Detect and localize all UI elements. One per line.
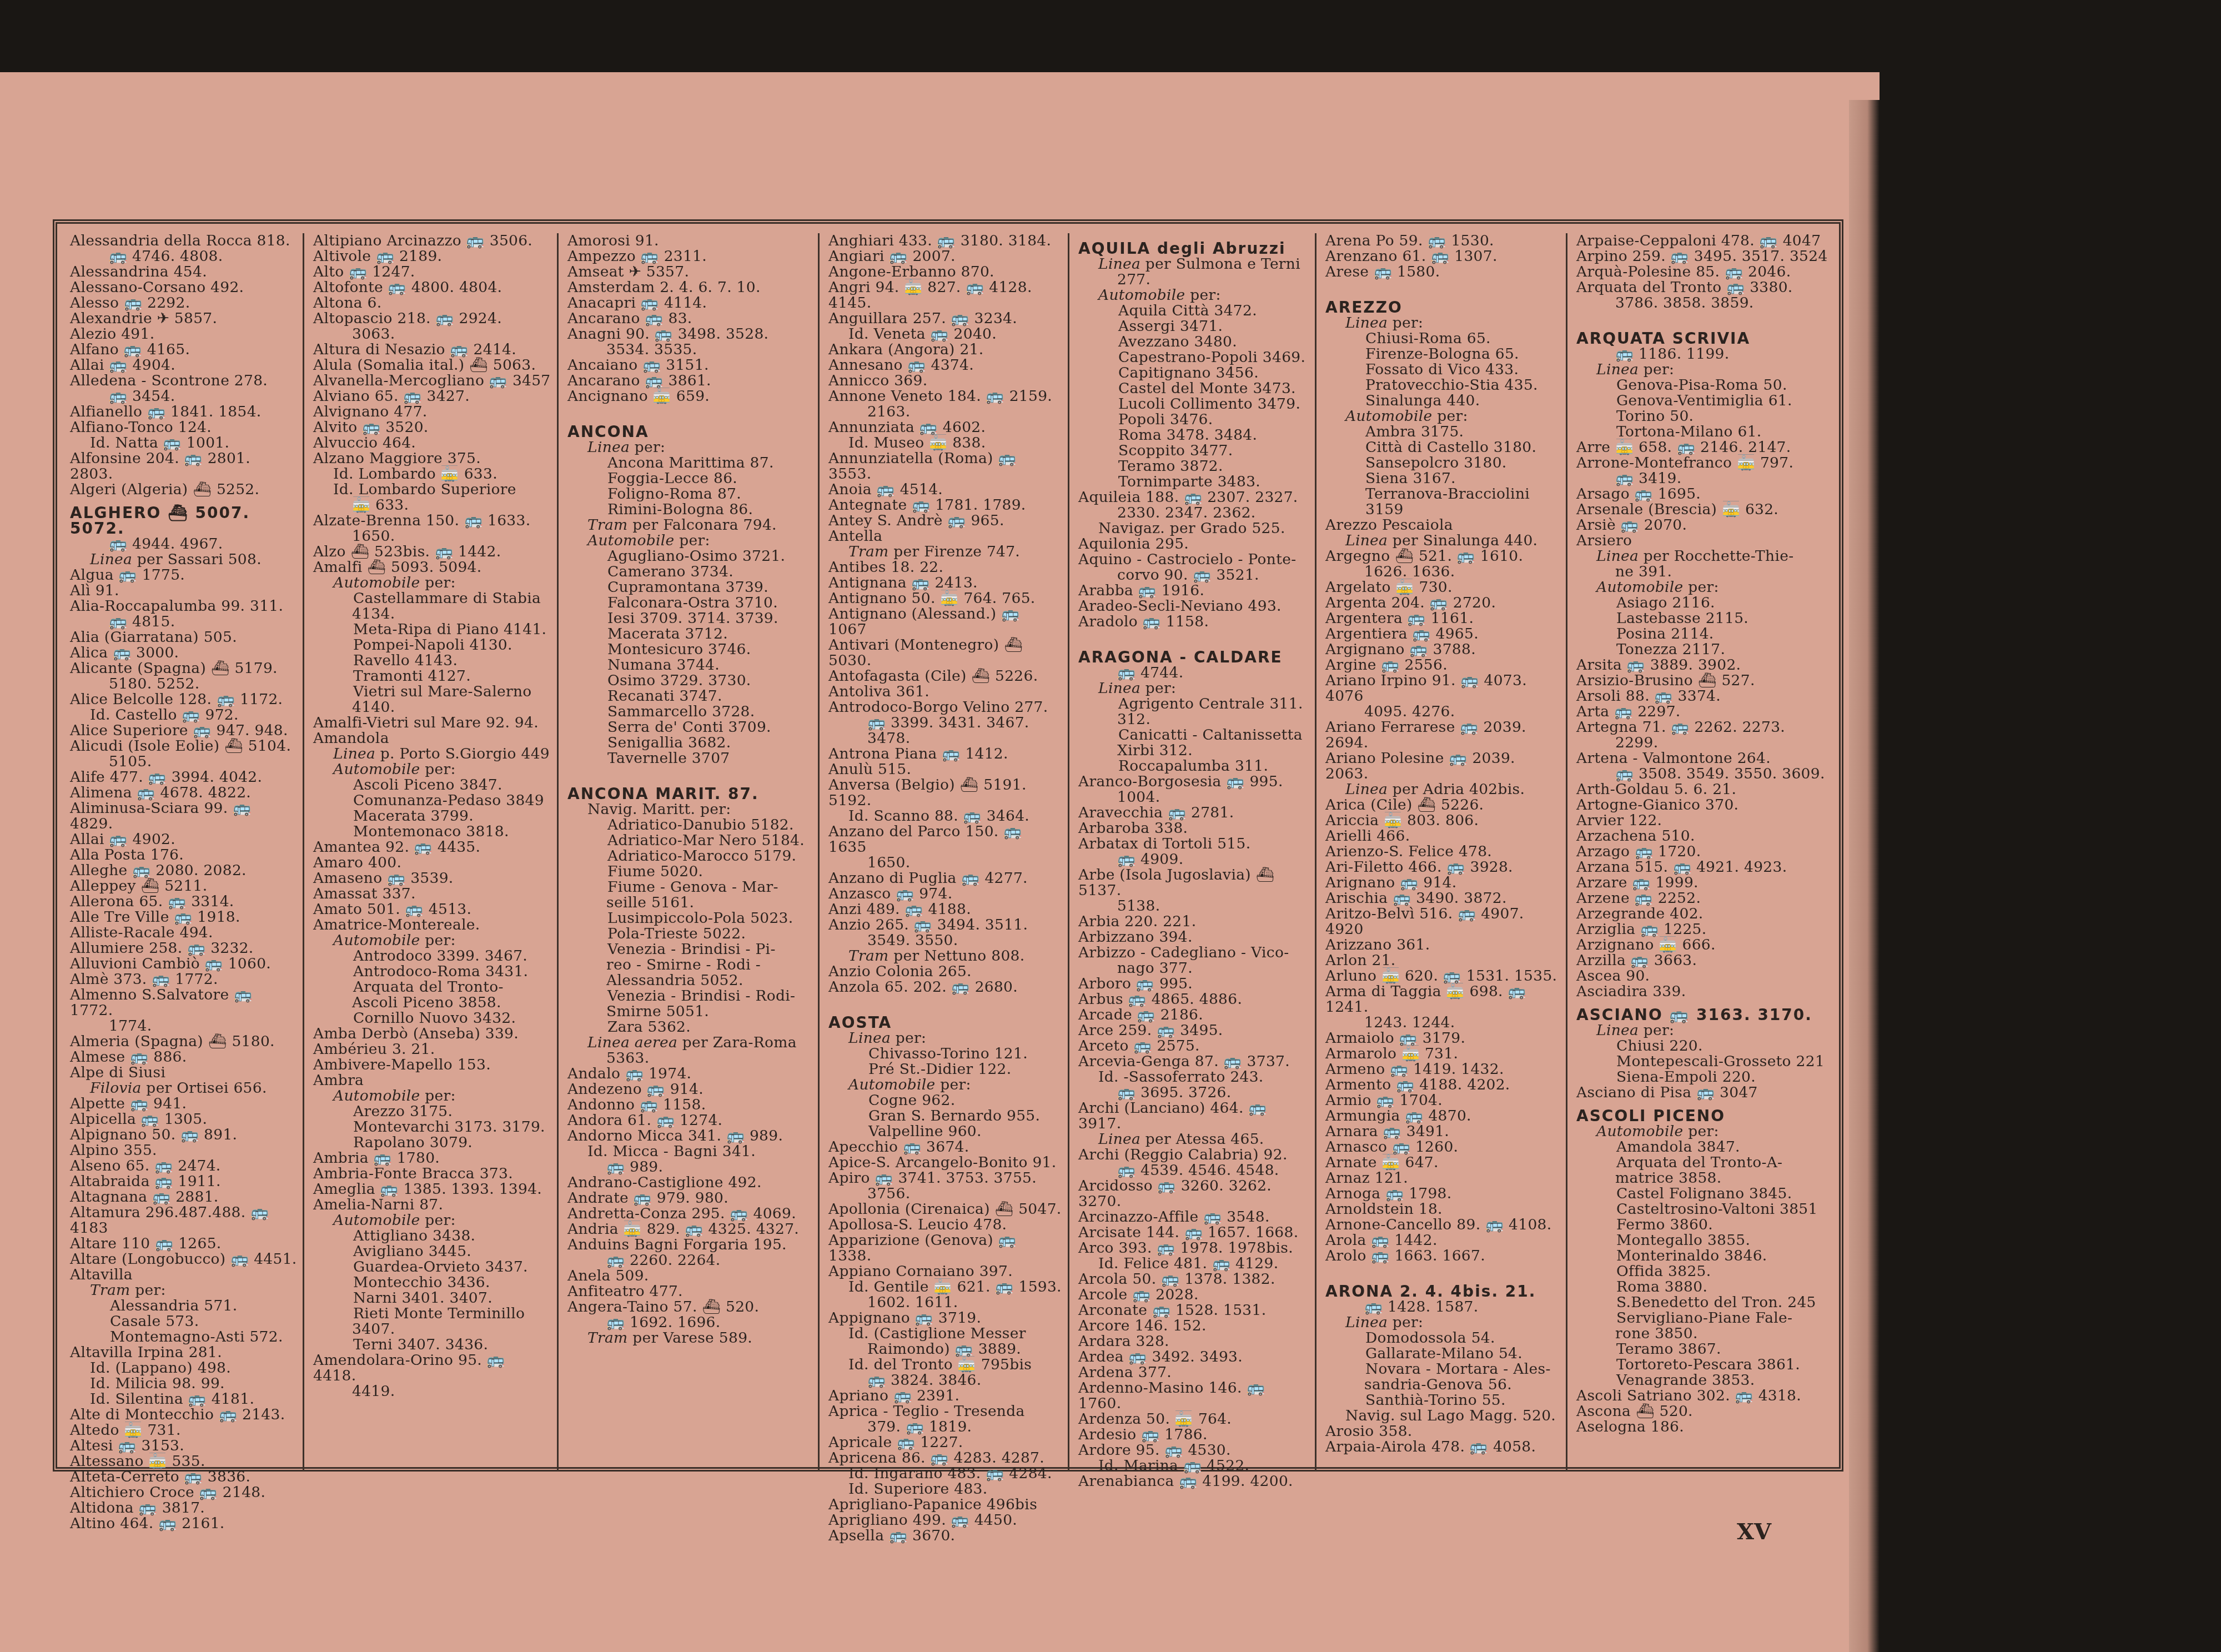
index-entry: 3063. <box>313 327 551 342</box>
index-entry: Angri 94. 🚋 827. 🚌 4128. 4145. <box>828 280 1062 311</box>
index-entry: Altichiero Croce 🚌 2148. <box>70 1485 297 1500</box>
index-entry: 🚌 2260. 2264. <box>567 1253 812 1268</box>
index-entry: Tram per Falconara 794. <box>567 518 812 533</box>
index-entry: Arcidosso 🚌 3260. 3262. 3270. <box>1078 1178 1309 1209</box>
index-entry: Ambria 🚌 1780. <box>313 1151 551 1166</box>
index-entry: Venagrande 3853. <box>1576 1373 1832 1388</box>
index-entry: Lusimpiccolo-Pola 5023. <box>567 911 812 926</box>
index-entry: Arzago 🚌 1720. <box>1576 844 1832 860</box>
service-type-label: Linea <box>1596 548 1639 565</box>
index-entry: Teramo 3872. <box>1078 459 1309 474</box>
index-entry: Arta 🚌 2297. <box>1576 704 1832 720</box>
index-entry: Ravello 4143. <box>313 653 551 669</box>
index-entry: Servigliano-Piane Fale- <box>1576 1310 1832 1326</box>
index-entry: Angiari 🚌 2007. <box>828 249 1062 264</box>
index-entry: Alessano-Corsano 492. <box>70 280 297 295</box>
index-entry: Alleppey ⛴ 5211. <box>70 878 297 894</box>
index-entry: S.Benedetto del Tron. 245 <box>1576 1295 1832 1310</box>
index-entry: 2299. <box>1576 735 1832 751</box>
index-entry: Alte di Montecchio 🚌 2143. <box>70 1407 297 1423</box>
index-entry: Anacapri 🚌 4114. <box>567 295 812 311</box>
station-heading: ARQUATA SCRIVIA <box>1576 331 1832 347</box>
index-entry: Foligno-Roma 87. <box>567 486 812 502</box>
index-entry: Altavilla Irpina 281. <box>70 1345 297 1360</box>
index-entry: Fossato di Vico 433. <box>1325 362 1560 378</box>
index-entry: Armento 🚌 4188. 4202. <box>1325 1077 1560 1093</box>
index-entry: Alseno 65. 🚌 2474. <box>70 1158 297 1174</box>
index-entry: 4095. 4276. <box>1325 704 1560 720</box>
index-entry: Automobile per: <box>1078 288 1309 303</box>
index-entry: Rieti Monte Terminillo <box>313 1306 551 1322</box>
index-entry: Arpaise-Ceppaloni 478. 🚌 4047 <box>1576 233 1832 249</box>
index-entry: Annunziatella (Roma) 🚌 3553. <box>828 451 1062 482</box>
service-type-label: Tram <box>848 947 888 965</box>
index-entry: Vietri sul Mare-Salerno <box>313 684 551 700</box>
index-entry: 3756. <box>828 1186 1062 1202</box>
index-entry: Aritzo-Belvì 516. 🚌 4907. 4920 <box>1325 906 1560 937</box>
index-entry: Arcisate 144. 🚌 1657. 1668. <box>1078 1225 1309 1241</box>
index-entry: Annesano 🚌 4374. <box>828 358 1062 373</box>
index-entry: Popoli 3476. <box>1078 412 1309 428</box>
index-entry: Argenta 204. 🚌 2720. <box>1325 595 1560 611</box>
service-type-label: Linea <box>1345 781 1388 798</box>
index-entry: Id. (Lappano) 498. <box>70 1360 297 1376</box>
index-entry: Aquila Città 3472. <box>1078 303 1309 319</box>
index-entry: Algeri (Algeria) ⛴ 5252. <box>70 482 297 498</box>
index-entry: Genova-Pisa-Roma 50. <box>1576 378 1832 393</box>
index-entry: Artena - Valmontone 264. <box>1576 751 1832 766</box>
index-entry: Linea per Sassari 508. <box>70 552 297 568</box>
index-entry: Ancona Marittima 87. <box>567 455 812 471</box>
index-entry: Camerano 3734. <box>567 564 812 580</box>
index-entry: Apparizione (Genova) 🚌 1338. <box>828 1233 1062 1264</box>
index-entry: Torino 50. <box>1576 409 1832 424</box>
index-entry: Alice Superiore 🚌 947. 948. <box>70 723 297 739</box>
index-entry: Aquilonia 295. <box>1078 536 1309 552</box>
index-entry: Castellammare di Stabia <box>313 591 551 606</box>
index-entry: Iesi 3709. 3714. 3739. <box>567 611 812 626</box>
index-entry: Alfianello 🚌 1841. 1854. <box>70 404 297 420</box>
index-entry: Montemonaco 3818. <box>313 824 551 840</box>
index-entry: Altessano 🚋 535. <box>70 1454 297 1469</box>
index-entry: Altagnana 🚌 2881. <box>70 1189 297 1205</box>
index-entry: Andrate 🚌 979. 980. <box>567 1191 812 1206</box>
index-entry: Arcevia-Genga 87. 🚌 3737. <box>1078 1054 1309 1069</box>
index-entry: Apricale 🚌 1227. <box>828 1435 1062 1450</box>
index-entry: sandria-Genova 56. <box>1325 1377 1560 1393</box>
index-entry: Automobile per: <box>1576 1124 1832 1139</box>
index-entry: Alezio 491. <box>70 327 297 342</box>
index-entry: Anzi 489. 🚌 4188. <box>828 902 1062 917</box>
index-entry: Arce 259. 🚌 3495. <box>1078 1023 1309 1038</box>
index-entry: Santhià-Torino 55. <box>1325 1393 1560 1408</box>
index-entry: Argentera 🚌 1161. <box>1325 611 1560 626</box>
index-entry: Arzilla 🚌 3663. <box>1576 953 1832 968</box>
index-entry: Annunziata 🚌 4602. <box>828 420 1062 435</box>
index-entry: Anfiteatro 477. <box>567 1284 812 1299</box>
index-entry: Città di Castello 3180. <box>1325 440 1560 455</box>
index-entry: Arola 🚌 1442. <box>1325 1233 1560 1248</box>
index-entry: Andrano-Castiglione 492. <box>567 1175 812 1191</box>
index-entry: Anduins Bagni Forgaria 195. <box>567 1237 812 1253</box>
service-type-label: Tram <box>90 1282 130 1299</box>
index-entry: Artogne-Gianico 370. <box>1576 797 1832 813</box>
service-type-label: Linea <box>1596 1022 1639 1039</box>
service-type-label: Linea <box>1345 1314 1388 1331</box>
index-entry: Fermo 3860. <box>1576 1217 1832 1233</box>
index-entry: Arnasco 🚌 1260. <box>1325 1139 1560 1155</box>
index-entry: Apiro 🚌 3741. 3753. 3755. <box>828 1171 1062 1186</box>
index-entry: Monterinaldo 3846. <box>1576 1248 1832 1264</box>
index-entry: Montemagno-Asti 572. <box>70 1329 297 1345</box>
index-entry: 4134. <box>313 606 551 622</box>
index-entry: Ardenza 50. 🚋 764. <box>1078 1412 1309 1427</box>
index-entry: Venezia - Brindisi - Rodi- <box>567 988 812 1004</box>
index-entry: Arabba 🚌 1916. <box>1078 583 1309 599</box>
index-entry: Almenno S.Salvatore 🚌 1772. <box>70 987 297 1018</box>
index-entry: Chivasso-Torino 121. <box>828 1046 1062 1062</box>
index-entry: Argegno ⛴ 521. 🚌 1610. <box>1325 549 1560 564</box>
index-entry: 5180. 5252. <box>70 676 297 692</box>
index-entry: Zara 5362. <box>567 1020 812 1035</box>
index-entry: Arconate 🚌 1528. 1531. <box>1078 1303 1309 1318</box>
service-type-label: Automobile <box>333 932 420 949</box>
index-entry: 1774. <box>70 1018 297 1034</box>
index-entry: Algua 🚌 1775. <box>70 568 297 583</box>
index-entry: Serra de' Conti 3709. <box>567 720 812 735</box>
index-entry: Alula (Somalia ital.) ⛴ 5063. <box>313 358 551 373</box>
index-entry: Alzo ⛴ 523bis. 🚌 1442. <box>313 544 551 560</box>
station-heading: AQUILA degli Abruzzi <box>1078 241 1309 257</box>
index-entry: 1243. 1244. <box>1325 1015 1560 1031</box>
index-entry: Antivari (Montenegro) ⛴ 5030. <box>828 637 1062 669</box>
station-heading: AREZZO <box>1325 300 1560 315</box>
index-entry: Scoppito 3477. <box>1078 443 1309 459</box>
index-entry: Anulù 515. <box>828 762 1062 777</box>
index-entry: Alleghe 🚌 2080. 2082. <box>70 863 297 878</box>
index-entry: Arsoli 88. 🚌 3374. <box>1576 689 1832 704</box>
index-entry: 🚌 3399. 3431. 3467. 3478. <box>828 715 1062 746</box>
index-entry: Ancignano 🚋 659. <box>567 389 812 404</box>
index-entry: Altino 464. 🚌 2161. <box>70 1516 297 1532</box>
index-entry: 1004. <box>1078 790 1309 805</box>
index-entry: Gallarate-Milano 54. <box>1325 1346 1560 1362</box>
index-entry: Alife 477. 🚌 3994. 4042. <box>70 770 297 785</box>
index-entry: 🚌 4744. <box>1078 665 1309 681</box>
index-entry: Amalfi ⛴ 5093. 5094. <box>313 560 551 575</box>
index-entry: Id. Superiore 483. <box>828 1482 1062 1497</box>
index-entry: Tonezza 2117. <box>1576 642 1832 657</box>
index-entry: Altare 110 🚌 1265. <box>70 1236 297 1252</box>
index-entry: Id. Micca - Bagni 341. <box>567 1144 812 1159</box>
index-entry: Andorno Micca 341. 🚌 989. <box>567 1128 812 1144</box>
index-entry: 4419. <box>313 1384 551 1399</box>
index-entry: Arese 🚌 1580. <box>1325 264 1560 280</box>
index-entry: Pompei-Napoli 4130. <box>313 637 551 653</box>
index-entry: Comunanza-Pedaso 3849 <box>313 793 551 809</box>
index-entry: Ardesio 🚌 1786. <box>1078 1427 1309 1443</box>
index-entry: Antignano 50. 🚋 764. 765. <box>828 591 1062 606</box>
index-entry: Ascona ⛴ 520. <box>1576 1404 1832 1419</box>
page-number: XV <box>1737 1519 1771 1545</box>
index-entry: Id. Gentile 🚋 621. 🚌 1593. <box>828 1279 1062 1295</box>
service-type-label: Linea <box>90 551 132 568</box>
index-entry: Linea per Sulmona e Terni <box>1078 257 1309 272</box>
station-heading: ANCONA MARIT. 87. <box>567 786 812 802</box>
index-entry: Archi (Lanciano) 464. 🚌 3917. <box>1078 1101 1309 1132</box>
index-entry: Anagni 90. 🚌 3498. 3528. <box>567 327 812 342</box>
index-entry: Anzano di Puglia 🚌 4277. <box>828 871 1062 886</box>
index-entry: Alessandria della Rocca 818. <box>70 233 297 249</box>
index-entry: Anzio 265. 🚌 3494. 3511. <box>828 917 1062 933</box>
index-entry: Alexandrie ✈ 5857. <box>70 311 297 327</box>
index-entry: Alfonsine 204. 🚌 2801. 2803. <box>70 451 297 482</box>
index-entry: Id. Felice 481. 🚌 4129. <box>1078 1256 1309 1272</box>
index-entry: Id. del Tronto 🚋 795bis <box>828 1357 1062 1373</box>
service-type-label: Tram <box>848 543 888 560</box>
index-entry: Montesicuro 3746. <box>567 642 812 657</box>
index-entry: Tornimparte 3483. <box>1078 474 1309 490</box>
service-type-label: Linea <box>333 745 375 762</box>
index-entry: Altura di Nesazio 🚌 2414. <box>313 342 551 358</box>
index-entry: Cupramontana 3739. <box>567 580 812 595</box>
index-entry: Archi (Reggio Calabria) 92. <box>1078 1147 1309 1163</box>
index-entry: Pratovecchio-Stia 435. <box>1325 378 1560 393</box>
index-entry: Arzene 🚌 2252. <box>1576 891 1832 906</box>
index-entry: Numana 3744. <box>567 657 812 673</box>
index-entry: Amatrice-Montereale. <box>313 917 551 933</box>
service-type-label: Automobile <box>333 761 420 778</box>
index-entry: Apecchio 🚌 3674. <box>828 1139 1062 1155</box>
index-entry: Argentiera 🚌 4965. <box>1325 626 1560 642</box>
index-entry: Casteltrosino-Valtoni 3851 <box>1576 1202 1832 1217</box>
index-entry: Aselogna 186. <box>1576 1419 1832 1435</box>
index-entry: Ambra <box>313 1073 551 1088</box>
index-entry: Montevarchi 3173. 3179. <box>313 1119 551 1135</box>
index-entry: Sammarcello 3728. <box>567 704 812 720</box>
index-entry: Arienzo-S. Felice 478. <box>1325 844 1560 860</box>
index-entry: Alicudi (Isole Eolie) ⛴ 5104. <box>70 739 297 754</box>
index-entry: Apice-S. Arcangelo-Bonito 91. <box>828 1155 1062 1171</box>
index-entry: Alessandrina 454. <box>70 264 297 280</box>
index-entry: Alzate-Brenna 150. 🚌 1633. <box>313 513 551 529</box>
index-entry: Castel Folignano 3845. <box>1576 1186 1832 1202</box>
index-entry: Alicante (Spagna) ⛴ 5179. <box>70 661 297 676</box>
index-entry: Ambra 3175. <box>1325 424 1560 440</box>
index-entry: Cornillo Nuovo 3432. <box>313 1011 551 1026</box>
index-entry: 🚌 3454. <box>70 389 297 404</box>
index-entry: Castel del Monte 3473. <box>1078 381 1309 396</box>
index-entry: Artegna 71. 🚌 2262. 2273. <box>1576 720 1832 735</box>
index-entry: Armio 🚌 1704. <box>1325 1093 1560 1108</box>
index-entry: Capestrano-Popoli 3469. <box>1078 350 1309 365</box>
index-entry: Aravecchia 🚌 2781. <box>1078 805 1309 821</box>
index-entry: 🚌 4909. <box>1078 852 1309 867</box>
station-heading: ALGHERO ⛴ 5007. 5072. <box>70 505 297 536</box>
index-entry: Ascoli Satriano 302. 🚌 4318. <box>1576 1388 1832 1404</box>
index-entry: Automobile per: <box>313 933 551 948</box>
spacer <box>567 404 812 416</box>
index-entry: Arnate 🚋 647. <box>1325 1155 1560 1171</box>
index-entry: Arzare 🚌 1999. <box>1576 875 1832 891</box>
index-entry: Automobile per: <box>828 1077 1062 1093</box>
index-entry: Arziglia 🚌 1225. <box>1576 922 1832 937</box>
index-entry: Aradolo 🚌 1158. <box>1078 614 1309 630</box>
index-entry: Allumiere 258. 🚌 3232. <box>70 941 297 956</box>
index-entry: Offida 3825. <box>1576 1264 1832 1279</box>
service-type-label: Automobile <box>1596 1123 1684 1140</box>
index-entry: Alpignano 50. 🚌 891. <box>70 1127 297 1143</box>
index-entry: Altesi 🚌 3153. <box>70 1438 297 1454</box>
index-entry: Alpette 🚌 941. <box>70 1096 297 1112</box>
index-entry: Linea per: <box>1325 315 1560 331</box>
index-entry: Rapolano 3079. <box>313 1135 551 1151</box>
index-entry: Terranova-Bracciolini 3159 <box>1325 486 1560 518</box>
index-entry: Raimondo) 🚌 3889. <box>828 1342 1062 1357</box>
index-entry: Adriatico-Marocco 5179. <box>567 848 812 864</box>
index-entry: Arcade 🚌 2186. <box>1078 1007 1309 1023</box>
index-entry: Arvier 122. <box>1576 813 1832 828</box>
index-entry: Andria 🚋 829. 🚌 4325. 4327. <box>567 1222 812 1237</box>
index-entry: Altabraida 🚌 1911. <box>70 1174 297 1189</box>
index-entry: Id. -Sassoferrato 243. <box>1078 1069 1309 1085</box>
index-entry: Almè 373. 🚌 1772. <box>70 972 297 987</box>
index-entry: Antegnate 🚌 1781. 1789. <box>828 498 1062 513</box>
spacer <box>1576 311 1832 323</box>
index-entry: Teramo 3867. <box>1576 1342 1832 1357</box>
index-entry: Linea per: <box>828 1031 1062 1046</box>
index-entry: Arcole 🚌 2028. <box>1078 1287 1309 1303</box>
index-entry: Guardea-Orvieto 3437. <box>313 1259 551 1275</box>
index-entry: Altivole 🚌 2189. <box>313 249 551 264</box>
index-entry: Alledena - Scontrone 278. <box>70 373 297 389</box>
index-entry: Antoliva 361. <box>828 684 1062 700</box>
index-entry: Anzio Colonia 265. <box>828 964 1062 980</box>
index-entry: Alessandria 5052. <box>567 973 812 988</box>
index-entry: Alvuccio 464. <box>313 435 551 451</box>
index-entry: Posina 2114. <box>1576 626 1832 642</box>
spacer <box>1325 1264 1560 1276</box>
service-type-label: Automobile <box>333 1087 420 1104</box>
index-entry: 🚌 1692. 1696. <box>567 1315 812 1330</box>
index-entry: 3786. 3858. 3859. <box>1576 295 1832 311</box>
service-type-label: Linea <box>1098 255 1140 273</box>
index-entry: 🚌 4746. 4808. <box>70 249 297 264</box>
index-entry: Anversa (Belgio) ⛴ 5191. 5192. <box>828 777 1062 809</box>
index-entry: Id. Castello 🚌 972. <box>70 707 297 723</box>
service-type-label: Automobile <box>1596 579 1684 596</box>
index-entry: 1626. 1636. <box>1325 564 1560 580</box>
index-entry: Arsizio-Brusino ⛴ 527. <box>1576 673 1832 689</box>
index-entry: Arbatax di Tortoli 515. <box>1078 836 1309 852</box>
index-entry: Antey S. Andrè 🚌 965. <box>828 513 1062 529</box>
index-entry: Canicatti - Caltanissetta <box>1078 727 1309 743</box>
index-entry: ne 391. <box>1576 564 1832 580</box>
index-entry: Id. Milicia 98. 99. <box>70 1376 297 1392</box>
index-entry: Linea per: <box>1325 1315 1560 1330</box>
index-entry: 🚋 633. <box>313 498 551 513</box>
index-entry: Automobile per: <box>313 1213 551 1228</box>
index-entry: Linea p. Porto S.Giorgio 449 <box>313 746 551 762</box>
index-entry: Arnaz 121. <box>1325 1171 1560 1186</box>
index-entry: 1650. <box>313 529 551 544</box>
index-entry: Arsiè 🚌 2070. <box>1576 518 1832 533</box>
index-entry: Alvanella-Mercogliano 🚌 3457 <box>313 373 551 389</box>
index-entry: Anzasco 🚌 974. <box>828 886 1062 902</box>
index-entry: Tortoreto-Pescara 3861. <box>1576 1357 1832 1373</box>
index-column-1: Alessandria della Rocca 818.🚌 4746. 4808… <box>61 233 303 1472</box>
index-entry: Arnone-Cancello 89. 🚌 4108. <box>1325 1217 1560 1233</box>
index-entry: Alluvioni Cambiò 🚌 1060. <box>70 956 297 972</box>
index-entry: 3534. 3535. <box>567 342 812 358</box>
index-entry: Argignano 🚌 3788. <box>1325 642 1560 657</box>
index-entry: 🚌 3419. <box>1576 471 1832 486</box>
index-entry: Andalo 🚌 1974. <box>567 1066 812 1082</box>
index-entry: Asciadira 339. <box>1576 984 1832 1000</box>
index-entry: Anzano del Parco 150. 🚌 1635 <box>828 824 1062 855</box>
index-entry: Arbus 🚌 4865. 4886. <box>1078 992 1309 1007</box>
index-entry: Arolo 🚌 1663. 1667. <box>1325 1248 1560 1264</box>
index-entry: Recanati 3747. <box>567 689 812 704</box>
index-entry: Avigliano 3445. <box>313 1244 551 1259</box>
index-entry: Adriatico-Mar Nero 5184. <box>567 833 812 848</box>
index-entry: Arma di Taggia 🚋 698. 🚌 1241. <box>1325 984 1560 1015</box>
index-entry: 5363. <box>567 1051 812 1066</box>
index-entry: Amaro 400. <box>313 855 551 871</box>
index-entry: Arquata del Tronto 🚌 3380. <box>1576 280 1832 295</box>
index-entry: Agrigento Centrale 311. <box>1078 696 1309 712</box>
index-entry: Alliste-Racale 494. <box>70 925 297 941</box>
index-entry: Ardena 377. <box>1078 1365 1309 1380</box>
index-entry: rone 3850. <box>1576 1326 1832 1342</box>
index-entry: Agugliano-Osimo 3721. <box>567 549 812 564</box>
index-entry: Roccapalumba 311. <box>1078 759 1309 774</box>
index-entry: Id. (Castiglione Messer <box>828 1326 1062 1342</box>
index-entry: 5138. <box>1078 898 1309 914</box>
index-entry: Arzachena 510. <box>1576 828 1832 844</box>
index-entry: Arco 393. 🚌 1978. 1978bis. <box>1078 1241 1309 1256</box>
index-entry: Alessandria 571. <box>70 1298 297 1314</box>
index-entry: 2163. <box>828 404 1062 420</box>
index-entry: Asciano di Pisa 🚌 3047 <box>1576 1085 1832 1101</box>
index-entry: Antofagasta (Cile) ⛴ 5226. <box>828 669 1062 684</box>
index-entry: Falconara-Ostra 3710. <box>567 595 812 611</box>
index-entry: Linea per: <box>567 440 812 455</box>
index-entry: Sansepolcro 3180. <box>1325 455 1560 471</box>
index-entry: Aprica - Teglio - Tresenda <box>828 1404 1062 1419</box>
index-entry: Gran S. Bernardo 955. <box>828 1108 1062 1124</box>
index-entry: Domodossola 54. <box>1325 1330 1560 1346</box>
index-entry: 🚌 4944. 4967. <box>70 536 297 552</box>
index-entry: 4140. <box>313 700 551 715</box>
index-entry: Linea per: <box>1078 681 1309 696</box>
index-entry: Alto 🚌 1247. <box>313 264 551 280</box>
index-entry: Alice Belcolle 128. 🚌 1172. <box>70 692 297 707</box>
index-entry: Aradeo-Secli-Neviano 493. <box>1078 599 1309 614</box>
index-entry: Appiano Cornaiano 397. <box>828 1264 1062 1279</box>
index-entry: Arquata del Tronto-A- <box>1576 1155 1832 1171</box>
index-entry: Ariano Polesine 🚌 2039. 2063. <box>1325 751 1560 782</box>
index-entry: Fiume 5020. <box>567 864 812 880</box>
station-heading: ANCONA <box>567 424 812 440</box>
index-entry: Amantea 92. 🚌 4435. <box>313 840 551 855</box>
index-entry: Ariano Irpino 91. 🚌 4073. 4076 <box>1325 673 1560 704</box>
index-entry: Arpaia-Airola 478. 🚌 4058. <box>1325 1439 1560 1455</box>
index-entry: Antignano (Alessand.) 🚌 1067 <box>828 606 1062 637</box>
index-entry: Amsterdam 2. 4. 6. 7. 10. <box>567 280 812 295</box>
service-type-label: Linea aerea <box>587 1034 677 1051</box>
index-entry: Aranco-Borgosesia 🚌 995. <box>1078 774 1309 790</box>
